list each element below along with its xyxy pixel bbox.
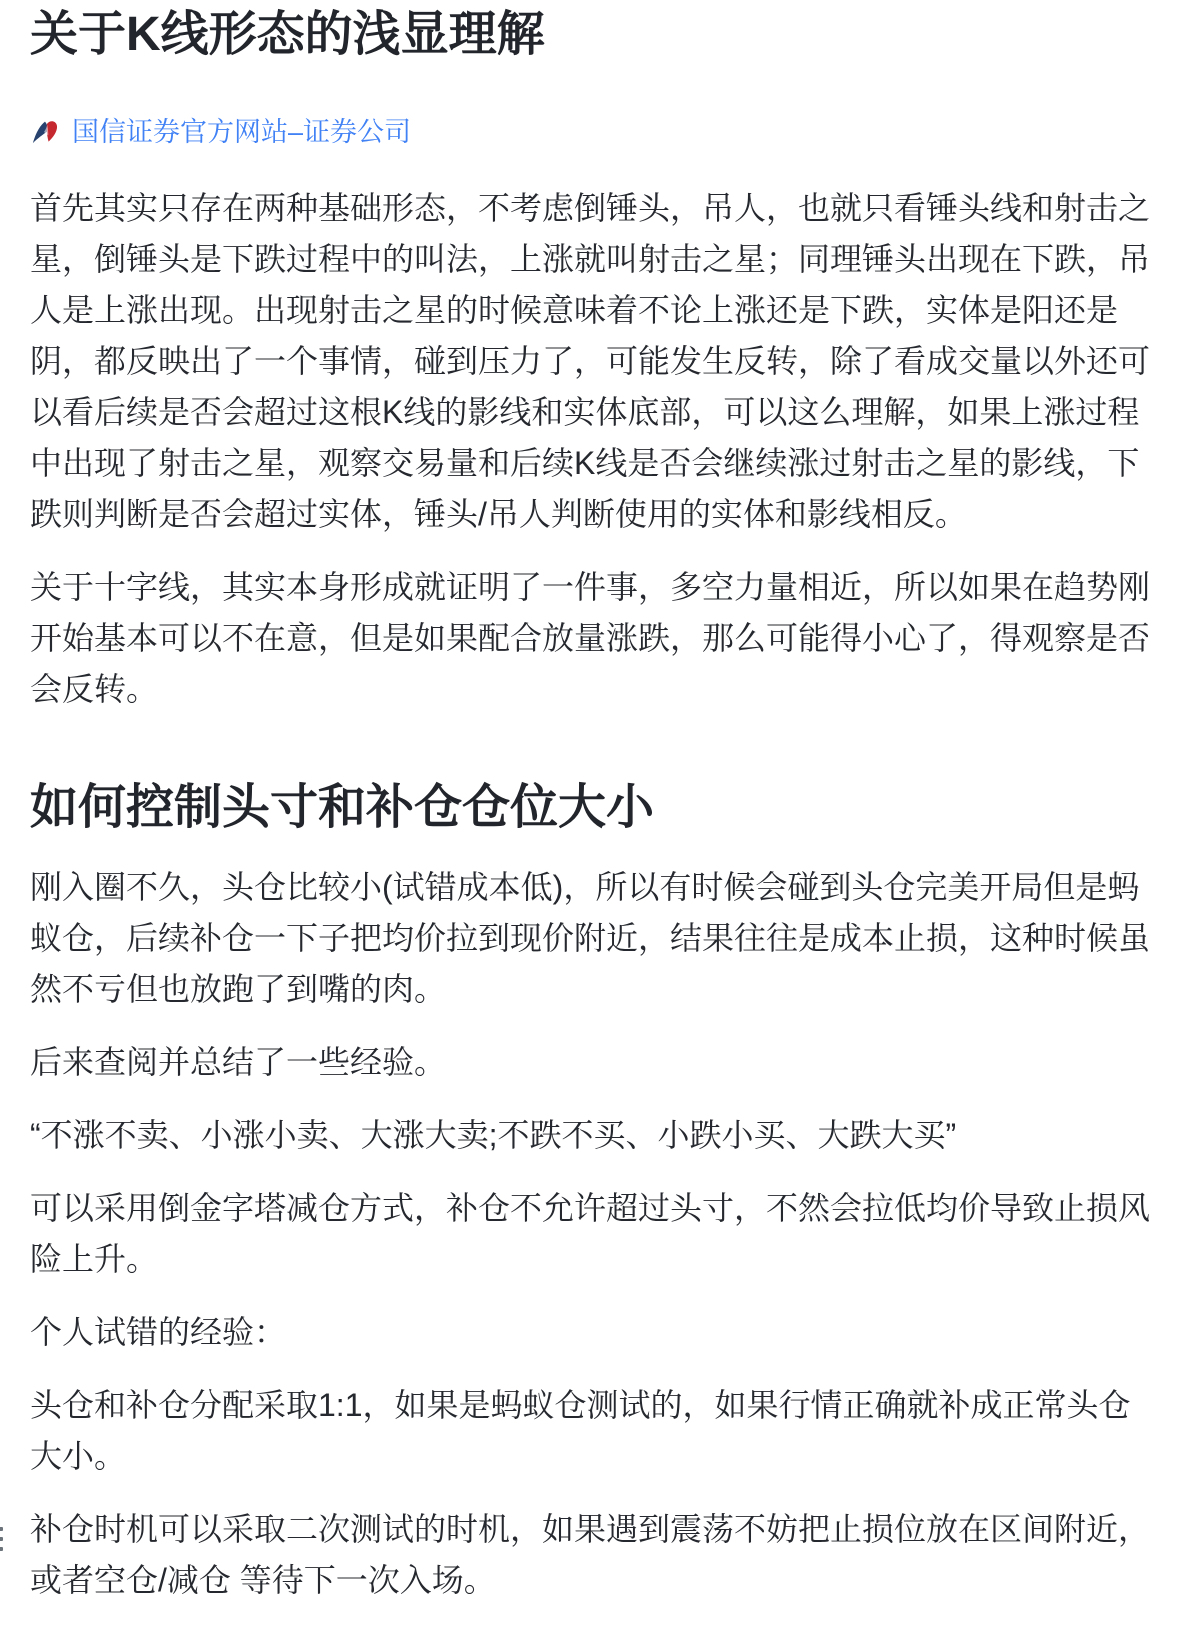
section-heading-position-sizing: 如何控制头寸和补仓仓位大小 bbox=[30, 779, 1160, 837]
block-drag-handle-icon[interactable] bbox=[0, 1527, 6, 1555]
paragraph-inverted-pyramid: 可以采用倒金字塔减仓方式，补仓不允许超过头寸，不然会拉低均价导致止损风险上升。 bbox=[30, 1183, 1160, 1285]
paragraph-initial-position: 刚入圈不久，头仓比较小(试错成本低)，所以有时候会碰到头仓完美开局但是蚂蚁仓，后… bbox=[30, 862, 1160, 1015]
paragraph-add-position-timing: 补仓时机可以采取二次测试的时机，如果遇到震荡不妨把止损位放在区间附近，或者空仓/… bbox=[30, 1504, 1160, 1606]
paragraph-experience-intro: 后来查阅并总结了一些经验。 bbox=[30, 1037, 1160, 1088]
paragraph-position-ratio: 头仓和补仓分配采取1:1，如果是蚂蚁仓测试的，如果行情正确就补成正常头仓大小。 bbox=[30, 1380, 1160, 1482]
bookmark-link-row[interactable]: 国信证券官方网站–证券公司 bbox=[30, 112, 1160, 152]
guosen-securities-logo-icon bbox=[30, 117, 59, 146]
paragraph-kline-basics: 首先其实只存在两种基础形态，不考虑倒锤头，吊人，也就只看锤头线和射击之星，倒锤头… bbox=[30, 183, 1160, 540]
paragraph-personal-experience-label: 个人试错的经验： bbox=[30, 1307, 1160, 1358]
document-page: 关于K线形态的浅显理解 国信证券官方网站–证券公司 首先其实只存在两种基础形态，… bbox=[0, 0, 1190, 1646]
paragraph-trading-maxim-quote: “不涨不卖、小涨小卖、大涨大卖;不跌不买、小跌小买、大跌大买” bbox=[30, 1110, 1160, 1161]
page-title: 关于K线形态的浅显理解 bbox=[30, 6, 1160, 64]
bookmark-link-label[interactable]: 国信证券官方网站–证券公司 bbox=[72, 112, 411, 152]
paragraph-doji: 关于十字线，其实本身形成就证明了一件事，多空力量相近，所以如果在趋势刚开始基本可… bbox=[30, 562, 1160, 715]
